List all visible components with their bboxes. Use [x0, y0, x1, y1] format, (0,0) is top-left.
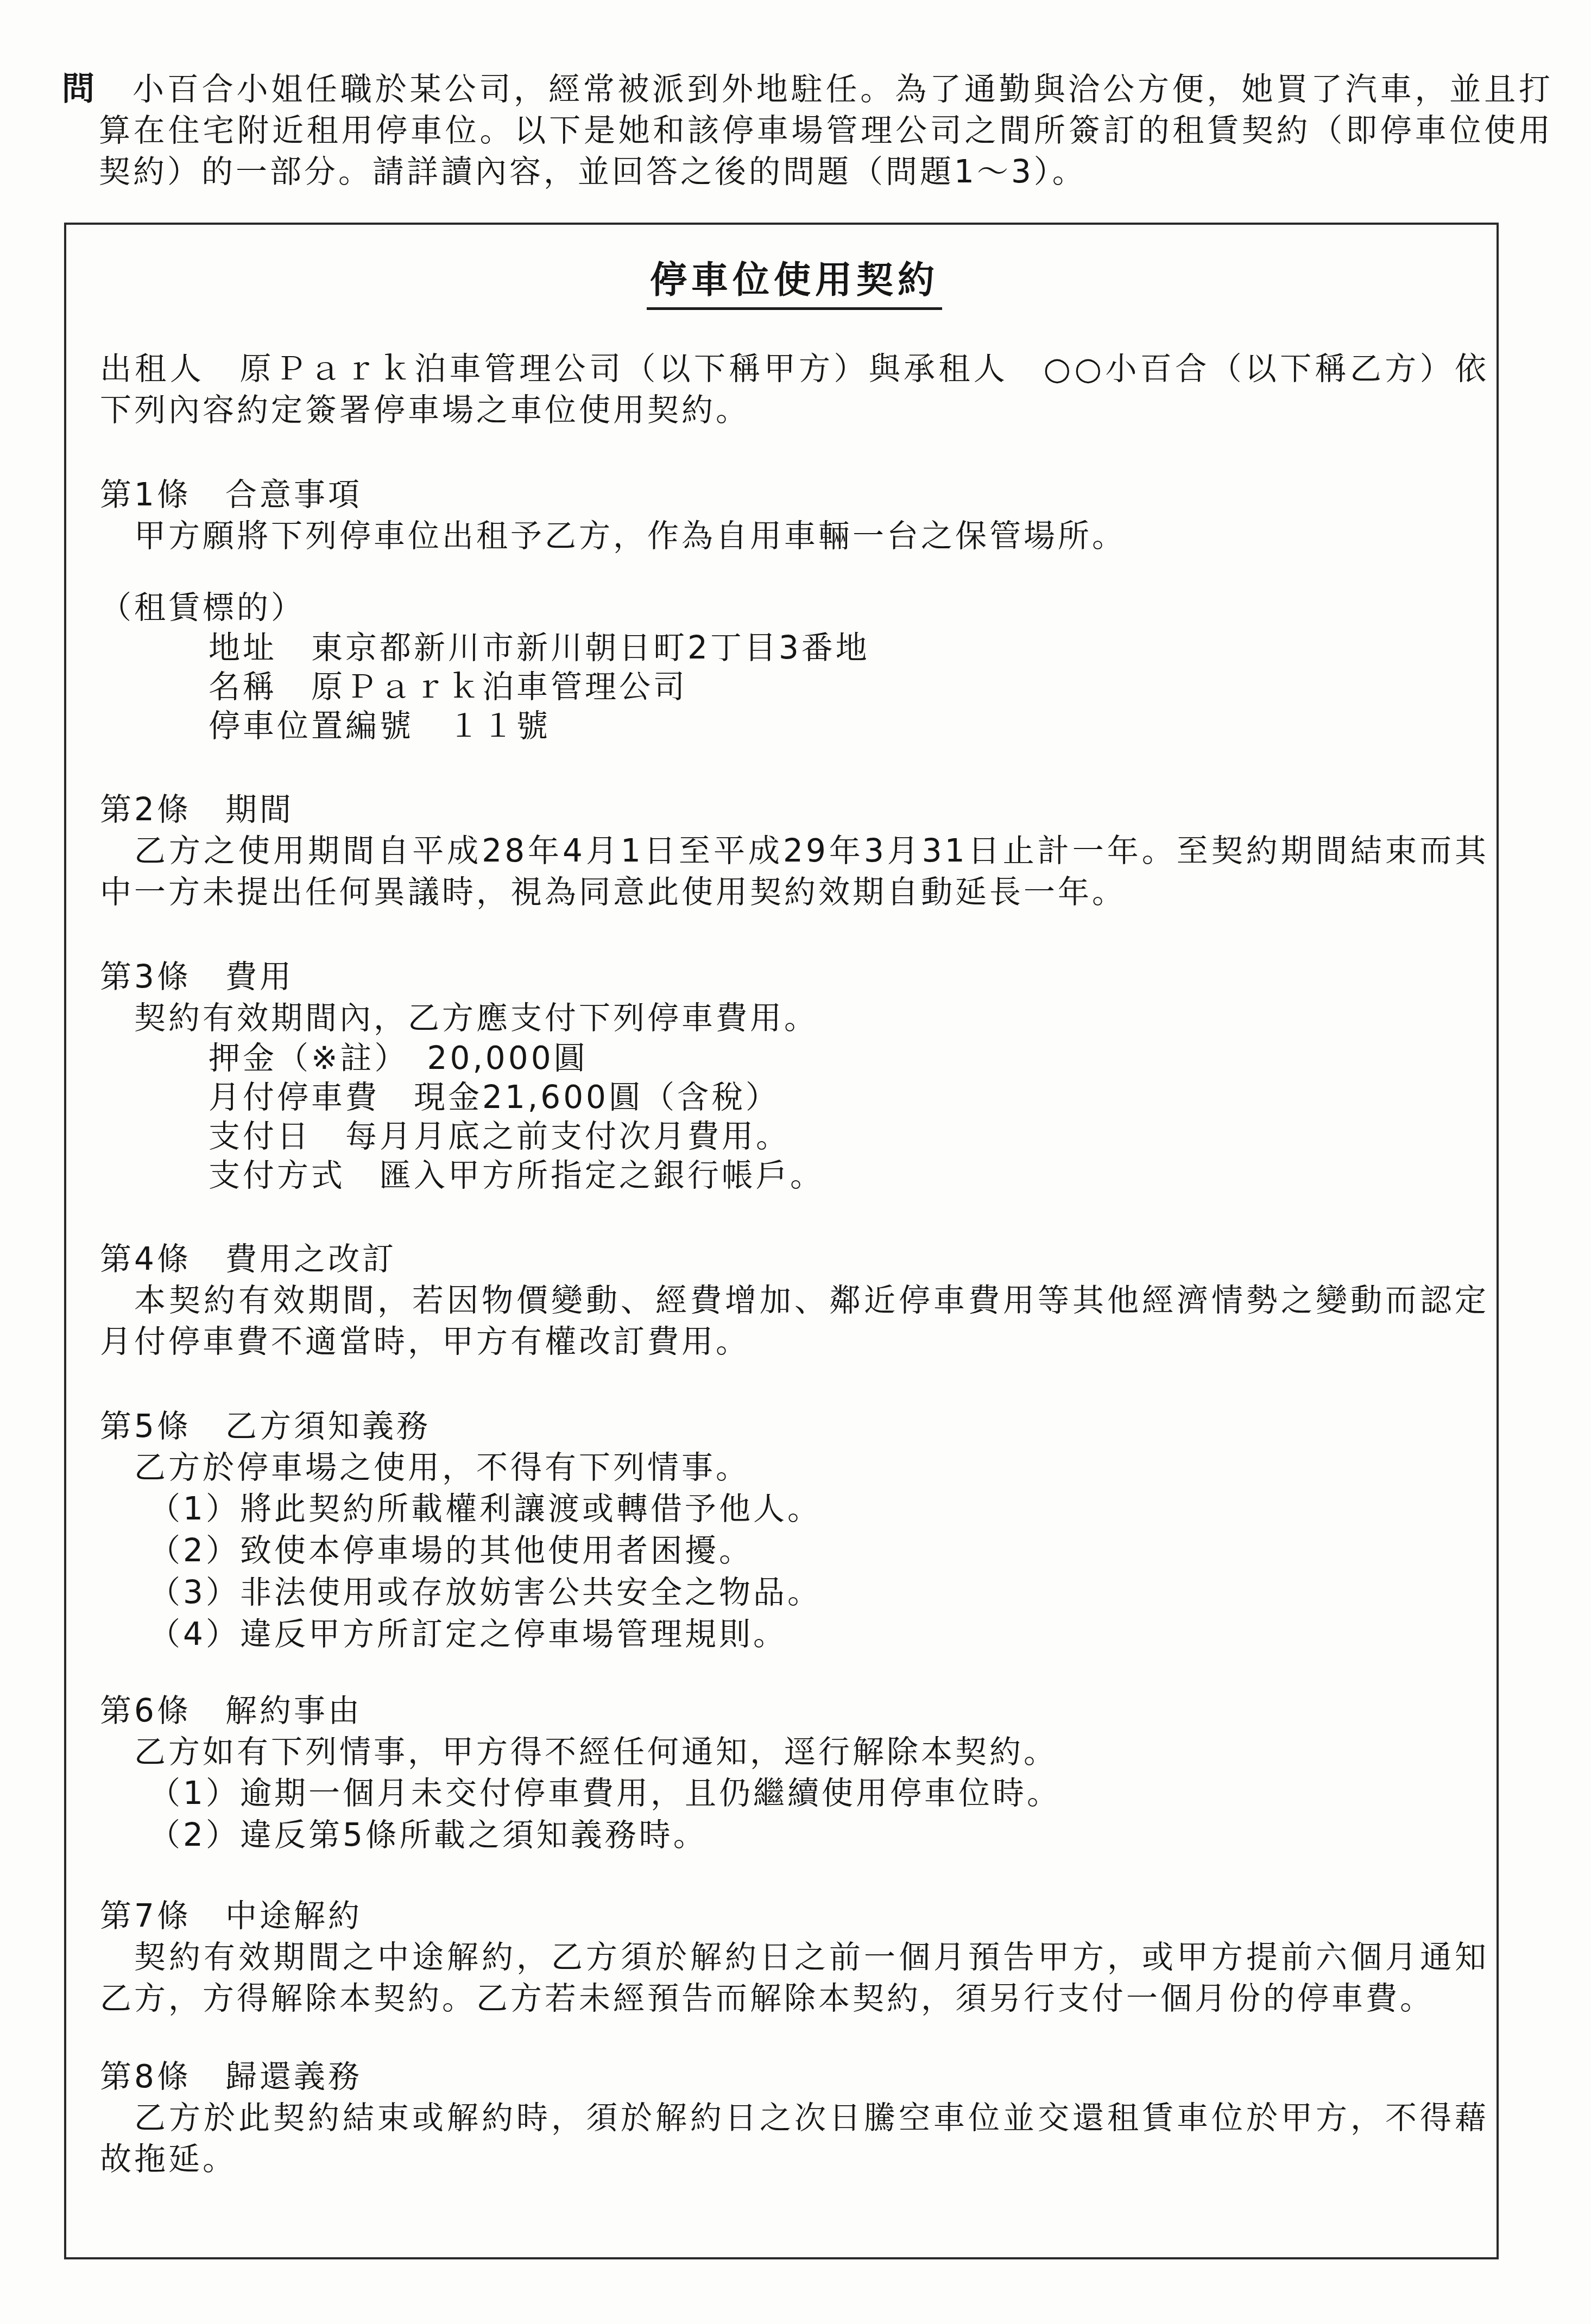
article-6: 第6條 解約事由 乙方如有下列情事，甲方得不經任何通知，逕行解除本契約。 （1）…: [100, 1690, 1489, 1856]
article-5-item-3: （3）非法使用或存放妨害公共安全之物品。: [149, 1572, 1489, 1613]
article-1: 第1條 合意事項 甲方願將下列停車位出租予乙方，作為自用車輛一台之保管場所。 （…: [100, 474, 1489, 745]
article-4: 第4條 費用之改訂 本契約有效期間，若因物價變動、經費增加、鄰近停車費用等其他經…: [100, 1238, 1489, 1362]
question-label: 問: [62, 68, 99, 110]
article-2-body: 乙方之使用期間自平成28年4月1日至平成29年3月31日止計一年。至契約期間結束…: [100, 830, 1489, 913]
article-6-item-1: （1）逾期一個月未交付停車費用，且仍繼續使用停車位時。: [149, 1772, 1489, 1814]
article-2-heading: 第2條 期間: [100, 789, 1489, 830]
contract-title-row: 停車位使用契約: [100, 256, 1489, 310]
contract-title: 停車位使用契約: [647, 256, 942, 310]
article-8: 第8條 歸還義務 乙方於此契約結束或解約時，須於解約日之次日騰空車位並交還租賃車…: [100, 2056, 1489, 2180]
article-6-item-2: （2）違反第5條所載之須知義務時。: [149, 1814, 1489, 1856]
article-1-detail-space-number: 停車位置編號 １１號: [209, 706, 1489, 745]
article-8-heading: 第8條 歸還義務: [100, 2056, 1489, 2097]
article-7-heading: 第7條 中途解約: [100, 1895, 1489, 1936]
question-intro: 問 小百合小姐任職於某公司，經常被派到外地駐任。為了通勤與洽公方便，她買了汽車，…: [62, 68, 1553, 192]
article-6-heading: 第6條 解約事由: [100, 1690, 1489, 1731]
article-5-item-2: （2）致使本停車場的其他使用者困擾。: [149, 1530, 1489, 1572]
question-text: 小百合小姐任職於某公司，經常被派到外地駐任。為了通勤與洽公方便，她買了汽車，並且…: [99, 68, 1553, 192]
article-1-body: 甲方願將下列停車位出租予乙方，作為自用車輛一台之保管場所。: [100, 515, 1489, 556]
article-1-detail-name: 名稱 原Ｐａｒｋ泊車管理公司: [209, 667, 1489, 706]
article-3: 第3條 費用 契約有效期間內，乙方應支付下列停車費用。 押金（※註） 20,00…: [100, 956, 1489, 1195]
article-3-detail-payment-method: 支付方式 匯入甲方所指定之銀行帳戶。: [209, 1156, 1489, 1195]
article-5-heading: 第5條 乙方須知義務: [100, 1405, 1489, 1447]
article-7-body: 契約有效期間之中途解約，乙方須於解約日之前一個月預告甲方，或甲方提前六個月通知乙…: [100, 1936, 1489, 2019]
article-3-detail-payment-date: 支付日 每月月底之前支付次月費用。: [209, 1117, 1489, 1156]
article-5-item-4: （4）違反甲方所訂定之停車場管理規則。: [149, 1613, 1489, 1655]
contract-preamble: 出租人 原Ｐａｒｋ泊車管理公司（以下稱甲方）與承租人 ○○小百合（以下稱乙方）依…: [100, 348, 1489, 430]
article-1-sublabel: （租賃標的）: [100, 587, 1489, 628]
article-6-body: 乙方如有下列情事，甲方得不經任何通知，逕行解除本契約。: [100, 1731, 1489, 1772]
article-4-body: 本契約有效期間，若因物價變動、經費增加、鄰近停車費用等其他經濟情勢之變動而認定月…: [100, 1280, 1489, 1362]
article-8-body: 乙方於此契約結束或解約時，須於解約日之次日騰空車位並交還租賃車位於甲方，不得藉故…: [100, 2097, 1489, 2180]
article-5-item-1: （1）將此契約所載權利讓渡或轉借予他人。: [149, 1488, 1489, 1530]
article-3-body: 契約有效期間內，乙方應支付下列停車費用。: [100, 997, 1489, 1038]
document-page: 問 小百合小姐任職於某公司，經常被派到外地駐任。為了通勤與洽公方便，她買了汽車，…: [0, 0, 1591, 2324]
article-3-detail-deposit: 押金（※註） 20,000圓: [209, 1038, 1489, 1078]
article-5: 第5條 乙方須知義務 乙方於停車場之使用，不得有下列情事。 （1）將此契約所載權…: [100, 1405, 1489, 1655]
article-1-detail-address: 地址 東京都新川市新川朝日町2丁目3番地: [209, 628, 1489, 667]
article-4-heading: 第4條 費用之改訂: [100, 1238, 1489, 1280]
article-2: 第2條 期間 乙方之使用期間自平成28年4月1日至平成29年3月31日止計一年。…: [100, 789, 1489, 913]
article-7: 第7條 中途解約 契約有效期間之中途解約，乙方須於解約日之前一個月預告甲方，或甲…: [100, 1895, 1489, 2019]
article-3-detail-monthly-fee: 月付停車費 現金21,600圓（含稅）: [209, 1078, 1489, 1117]
article-1-heading: 第1條 合意事項: [100, 474, 1489, 515]
article-5-body: 乙方於停車場之使用，不得有下列情事。: [100, 1447, 1489, 1488]
contract-box: 停車位使用契約 出租人 原Ｐａｒｋ泊車管理公司（以下稱甲方）與承租人 ○○小百合…: [64, 223, 1499, 2259]
article-3-heading: 第3條 費用: [100, 956, 1489, 997]
